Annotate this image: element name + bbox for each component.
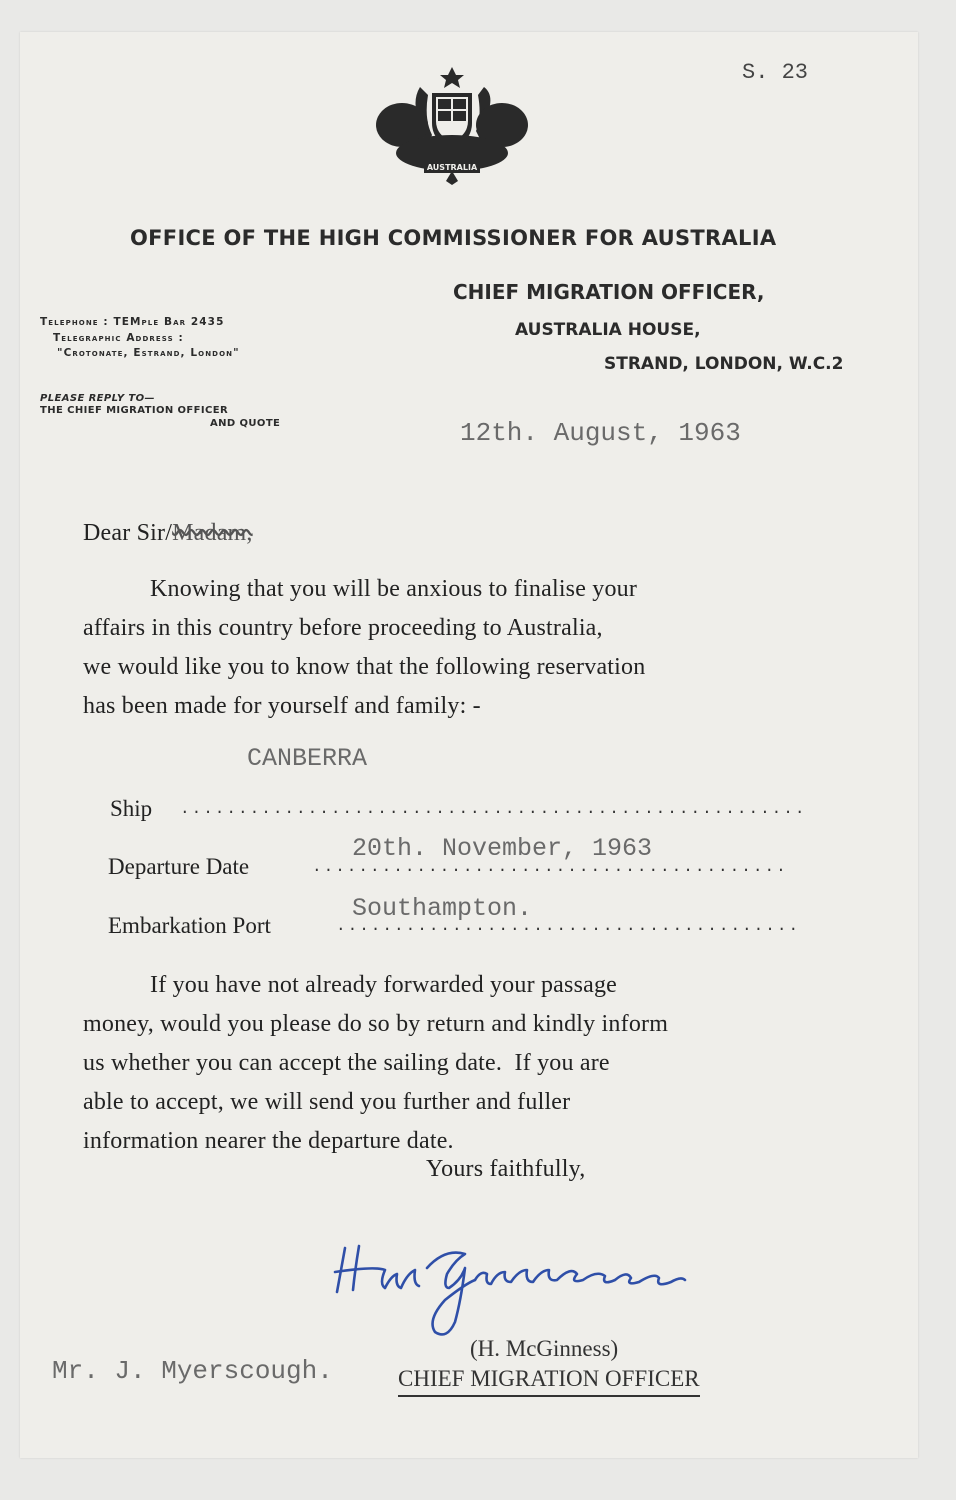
handwritten-signature-icon [315,1240,705,1340]
paragraph1-line: Knowing that you will be anxious to fina… [150,576,637,603]
closing: Yours faithfully, [426,1156,585,1183]
reply-to-line1: PLEASE REPLY TO— [40,393,155,404]
ship-dots: ........................................… [180,800,806,818]
paragraph2-line: us whether you can accept the sailing da… [83,1050,610,1077]
salutation-struck: Madam, [172,520,253,546]
paragraph2-line: If you have not already forwarded your p… [150,972,617,999]
reply-to-line2: THE CHIEF MIGRATION OFFICER [40,405,228,416]
letter-date: 12th. August, 1963 [460,418,741,448]
telephone: Telephone : TEMple Bar 2435 [40,316,224,328]
embarkation-port-label: Embarkation Port [108,913,271,939]
paragraph2-line: able to accept, we will send you further… [83,1089,570,1116]
telegraphic-label: Telegraphic Address : [53,332,184,344]
paragraph1-line: affairs in this country before proceedin… [83,615,603,642]
address-line2: STRAND, LONDON, W.C.2 [604,354,843,374]
salutation: Dear Sir/Madam, [83,520,253,547]
australian-coat-of-arms-icon: AUSTRALIA [372,65,532,185]
paragraph1-line: we would like you to know that the follo… [83,654,645,681]
paragraph1-line: has been made for yourself and family: - [83,693,481,720]
paragraph2-line: information nearer the departure date. [83,1128,454,1155]
reply-to-line3: AND QUOTE [210,418,280,429]
address-line1: AUSTRALIA HOUSE, [515,320,701,340]
signatory-name: (H. McGinness) [470,1336,618,1362]
telegraphic-address: "Crotonate, Estrand, London" [57,347,240,359]
office-title: OFFICE OF THE HIGH COMMISSIONER FOR AUST… [130,226,776,250]
ship-value: CANBERRA [247,744,367,773]
paragraph2-line: money, would you please do so by return … [83,1011,668,1038]
salutation-prefix: Dear Sir/ [83,520,172,546]
signatory-title: CHIEF MIGRATION OFFICER [398,1366,700,1397]
embarkation-port-dots: ........................................ [336,917,800,935]
reference-number: S. 23 [742,60,808,85]
ship-label: Ship [110,796,152,822]
addressee: Mr. J. Myerscough. [52,1356,333,1386]
svg-text:AUSTRALIA: AUSTRALIA [427,163,478,172]
departure-date-label: Departure Date [108,854,249,880]
department-title: CHIEF MIGRATION OFFICER, [453,280,765,304]
departure-date-dots: ........................................… [312,858,788,876]
